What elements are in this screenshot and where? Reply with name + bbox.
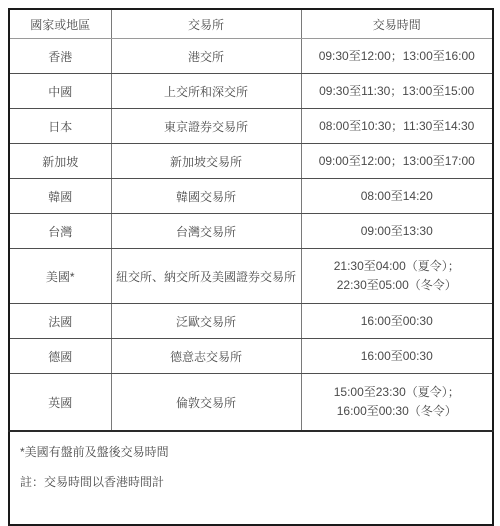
footnote-us-premarket: *美國有盤前及盤後交易時間 <box>20 444 482 460</box>
table-row: 德國 德意志交易所 16:00至00:30 <box>9 339 493 374</box>
table-row: 英國 倫敦交易所 15:00至23:30（夏令）；16:00至00:30（冬令） <box>9 374 493 432</box>
time-text: 16:00至00:30 <box>306 347 489 366</box>
time-text: 15:00至23:30（夏令）； <box>306 383 489 402</box>
time-text: 09:00至12:00；13:00至17:00 <box>306 152 489 171</box>
time-text: 16:00至00:30 <box>306 312 489 331</box>
time-text: 09:30至11:30；13:00至15:00 <box>306 82 489 101</box>
country-cell: 中國 <box>9 74 111 109</box>
table-row: 台灣 台灣交易所 09:00至13:30 <box>9 214 493 249</box>
exchange-cell: 台灣交易所 <box>111 214 301 249</box>
country-cell: 台灣 <box>9 214 111 249</box>
exchange-cell: 泛歐交易所 <box>111 304 301 339</box>
time-cell: 09:30至12:00；13:00至16:00 <box>301 39 493 74</box>
time-text: 21:30至04:00（夏令）； <box>306 257 489 276</box>
country-cell: 韓國 <box>9 179 111 214</box>
time-text: 16:00至00:30（冬令） <box>306 402 489 421</box>
header-exchange: 交易所 <box>111 9 301 39</box>
time-text: 08:00至10:30；11:30至14:30 <box>306 117 489 136</box>
table-row: 中國 上交所和深交所 09:30至11:30；13:00至15:00 <box>9 74 493 109</box>
country-cell: 香港 <box>9 39 111 74</box>
time-cell: 09:30至11:30；13:00至15:00 <box>301 74 493 109</box>
country-cell: 法國 <box>9 304 111 339</box>
exchange-cell: 德意志交易所 <box>111 339 301 374</box>
time-cell: 09:00至12:00；13:00至17:00 <box>301 144 493 179</box>
table-row: 日本 東京證券交易所 08:00至10:30；11:30至14:30 <box>9 109 493 144</box>
table-row: 香港 港交所 09:30至12:00；13:00至16:00 <box>9 39 493 74</box>
header-country: 國家或地區 <box>9 9 111 39</box>
time-cell: 21:30至04:00（夏令）；22:30至05:00（冬令） <box>301 249 493 304</box>
table-row: 新加坡 新加坡交易所 09:00至12:00；13:00至17:00 <box>9 144 493 179</box>
time-cell: 16:00至00:30 <box>301 339 493 374</box>
exchange-cell: 上交所和深交所 <box>111 74 301 109</box>
header-time: 交易時間 <box>301 9 493 39</box>
footnote-hk-time: 註：交易時間以香港時間計 <box>20 474 482 490</box>
time-text: 09:00至13:30 <box>306 222 489 241</box>
time-cell: 08:00至14:20 <box>301 179 493 214</box>
exchange-cell: 東京證券交易所 <box>111 109 301 144</box>
exchange-cell: 紐交所、納交所及美國證券交易所 <box>111 249 301 304</box>
country-cell: 新加坡 <box>9 144 111 179</box>
country-cell: 日本 <box>9 109 111 144</box>
footnote-cell: *美國有盤前及盤後交易時間 註：交易時間以香港時間計 <box>9 431 493 525</box>
time-cell: 16:00至00:30 <box>301 304 493 339</box>
time-cell: 08:00至10:30；11:30至14:30 <box>301 109 493 144</box>
time-cell: 09:00至13:30 <box>301 214 493 249</box>
table-row: 法國 泛歐交易所 16:00至00:30 <box>9 304 493 339</box>
country-cell: 德國 <box>9 339 111 374</box>
exchange-cell: 新加坡交易所 <box>111 144 301 179</box>
table-row: 韓國 韓國交易所 08:00至14:20 <box>9 179 493 214</box>
country-cell: 美國* <box>9 249 111 304</box>
time-text: 22:30至05:00（冬令） <box>306 276 489 295</box>
page: 國家或地區 交易所 交易時間 香港 港交所 09:30至12:00；13:00至… <box>0 0 500 482</box>
exchange-cell: 倫敦交易所 <box>111 374 301 432</box>
table-row: 美國* 紐交所、納交所及美國證券交易所 21:30至04:00（夏令）；22:3… <box>9 249 493 304</box>
country-cell: 英國 <box>9 374 111 432</box>
time-cell: 15:00至23:30（夏令）；16:00至00:30（冬令） <box>301 374 493 432</box>
time-text: 08:00至14:20 <box>306 187 489 206</box>
footnote-row: *美國有盤前及盤後交易時間 註：交易時間以香港時間計 <box>9 431 493 525</box>
trading-hours-table: 國家或地區 交易所 交易時間 香港 港交所 09:30至12:00；13:00至… <box>8 8 494 526</box>
header-row: 國家或地區 交易所 交易時間 <box>9 9 493 39</box>
exchange-cell: 港交所 <box>111 39 301 74</box>
time-text: 09:30至12:00；13:00至16:00 <box>306 47 489 66</box>
exchange-cell: 韓國交易所 <box>111 179 301 214</box>
